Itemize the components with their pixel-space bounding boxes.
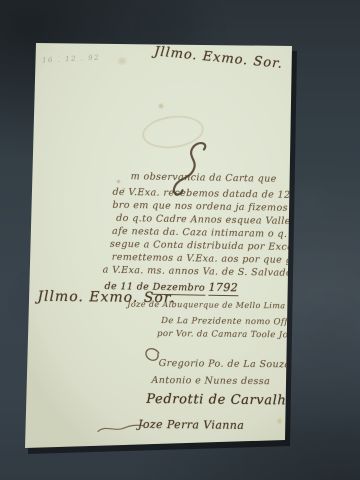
signature: Antonio e Nunes dessa xyxy=(151,375,270,387)
body-line: do q.to Cadre Annos esquea Vallem xyxy=(116,213,300,227)
letter-salutation: Jllmo. Exmo. Sor. xyxy=(153,44,283,72)
signature: Pedrotti de Carvalho xyxy=(146,392,295,409)
signature: Joze Perra Vianna xyxy=(138,418,244,432)
body-line: a V.Exa. ms. annos Va. de S. Salvador em… xyxy=(103,265,352,280)
closing-line: De La Prezidente nomo Offm. xyxy=(161,316,299,327)
manuscript-paper: 16 . 12 . 92 Jllmo. Exmo. Sor. m observa… xyxy=(0,0,360,480)
closing-line: por Vor. da Camara Toole Jo. Rollo xyxy=(157,329,318,341)
body-line: m observancia da Carta que xyxy=(131,171,277,185)
handwriting-layer: Jllmo. Exmo. Sor. m observancia da Carta… xyxy=(0,0,360,480)
paraph-icon xyxy=(146,349,159,361)
photograph-of-manuscript: 16 . 12 . 92 Jllmo. Exmo. Sor. m observa… xyxy=(0,0,360,480)
signature: Gregorio Po. de La Souza xyxy=(159,358,291,370)
date-year: 1792 xyxy=(208,281,238,297)
body-line: afe nesta da. Caza intimaram o q. pa. xyxy=(112,226,307,240)
body-line: bro em que nos ordena ja fizemos ao Larg… xyxy=(112,200,337,215)
